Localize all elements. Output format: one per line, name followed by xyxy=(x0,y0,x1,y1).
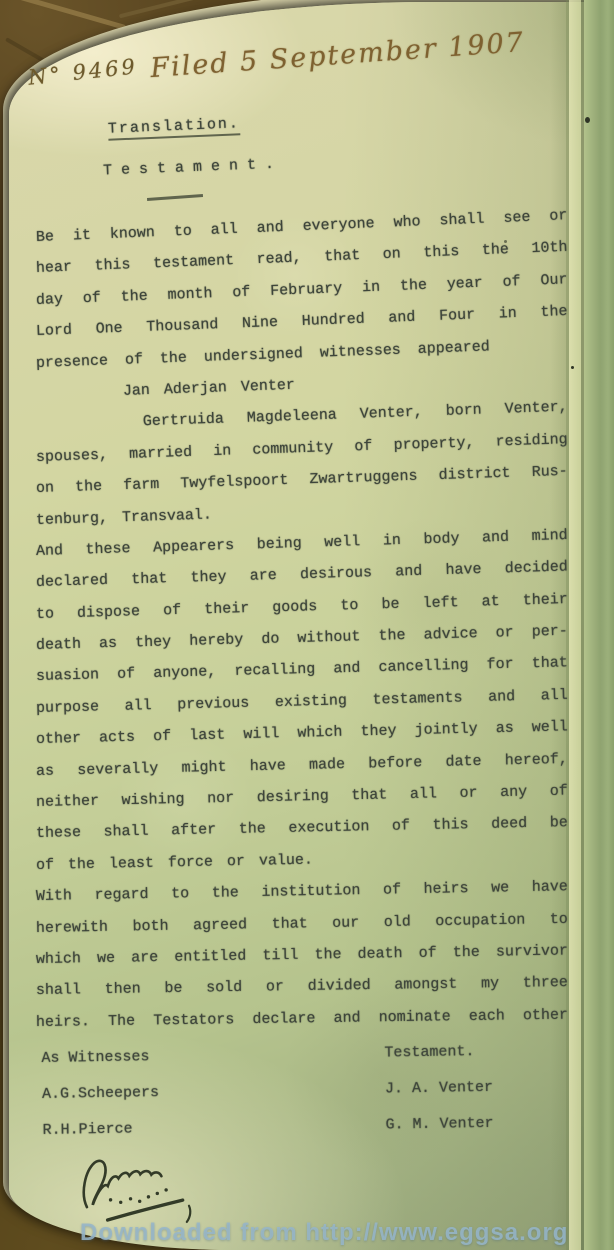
word: of xyxy=(354,438,373,456)
word: and xyxy=(388,309,416,327)
word: that xyxy=(131,571,167,589)
word: in xyxy=(498,305,517,323)
word: farm xyxy=(123,476,160,494)
word: as xyxy=(496,720,514,737)
word: date xyxy=(445,753,481,771)
word: One xyxy=(95,320,123,338)
word: being xyxy=(256,535,302,553)
word: this xyxy=(94,257,131,275)
word: of xyxy=(419,945,437,962)
word: Appearers xyxy=(153,537,234,556)
photographed-document: { "annotations": { "archive_no": "N° 946… xyxy=(0,0,614,1250)
word: Twyfelspoort xyxy=(180,472,289,492)
testator-name: J. A. Venter xyxy=(385,1078,547,1098)
word: have xyxy=(445,561,481,579)
word: this xyxy=(423,244,460,262)
word: survivor xyxy=(496,943,568,961)
testament-body: Beitknowntoallandeveryonewhoshallseeorhe… xyxy=(36,222,568,1038)
word: regard xyxy=(94,886,148,904)
ink-speck xyxy=(571,366,574,369)
word: my xyxy=(481,976,499,993)
word: testaments xyxy=(372,689,462,708)
word: heirs. xyxy=(36,1013,90,1031)
word: the xyxy=(482,242,510,260)
word: to xyxy=(550,911,568,928)
word: of xyxy=(383,882,401,899)
word: testament xyxy=(153,253,235,273)
book-edge-ridge xyxy=(569,0,581,1250)
word: acts xyxy=(99,729,135,747)
word: on xyxy=(36,480,55,498)
word: Venter, xyxy=(504,399,568,418)
word: execution xyxy=(288,819,369,838)
word: of xyxy=(163,602,181,619)
word: three xyxy=(523,975,568,993)
word: and xyxy=(488,688,515,706)
word: at xyxy=(481,593,499,610)
word: married xyxy=(129,444,193,463)
word: who xyxy=(393,213,421,231)
wood-stick xyxy=(19,0,126,30)
word: property, xyxy=(393,434,475,454)
word: deed xyxy=(491,816,527,834)
word: decided xyxy=(505,559,568,578)
word: year xyxy=(446,275,483,293)
word: which xyxy=(36,950,81,968)
word: their xyxy=(204,600,249,618)
witness-header: As Witnesses xyxy=(41,1044,384,1066)
word: our xyxy=(332,914,359,931)
word: which xyxy=(297,724,342,742)
signature-block: As Witnesses Testament. A.G.Scheepers J.… xyxy=(41,1032,548,1148)
word: old xyxy=(384,913,411,930)
word: the xyxy=(120,288,148,306)
word: of xyxy=(153,728,171,745)
word: Thousand xyxy=(146,316,219,336)
word: and xyxy=(333,660,360,678)
word: heirs xyxy=(423,880,468,898)
word: Gertruida xyxy=(143,411,225,431)
word: they xyxy=(190,569,226,587)
word: institution xyxy=(261,882,360,901)
word: wishing xyxy=(121,791,184,809)
word: nominate xyxy=(379,1008,451,1026)
word: in xyxy=(213,442,232,460)
word: Four xyxy=(439,307,476,325)
word: that xyxy=(324,248,361,266)
word: the xyxy=(400,277,428,295)
word: Hundred xyxy=(301,311,365,330)
word: and xyxy=(256,219,284,237)
word: the xyxy=(75,478,103,496)
word: or xyxy=(459,785,477,802)
word: advice xyxy=(423,625,477,643)
word: death xyxy=(357,945,402,963)
word: the xyxy=(378,627,405,645)
word: purpose xyxy=(36,698,99,717)
word: Our xyxy=(540,271,568,289)
word: and xyxy=(395,563,422,581)
word: it xyxy=(73,227,92,245)
word: they xyxy=(360,723,396,741)
watermark: Downloaded from http://www.eggsa.org xyxy=(80,1219,568,1247)
word: Testators xyxy=(153,1011,234,1029)
word: 10th xyxy=(531,239,568,257)
word: Nine xyxy=(242,314,279,332)
word: their xyxy=(523,591,568,609)
word: anyone, xyxy=(153,664,216,683)
word: jointly xyxy=(414,721,477,739)
word: last xyxy=(189,727,225,745)
book-edge-strip xyxy=(584,0,614,1250)
word: body xyxy=(423,530,460,548)
word: left xyxy=(422,594,458,612)
word: after xyxy=(171,822,216,840)
word: mind xyxy=(531,527,568,545)
word: of xyxy=(117,666,135,683)
word: have xyxy=(532,879,568,897)
word: goods xyxy=(272,598,317,616)
word: desirous xyxy=(300,565,372,584)
word: desiring xyxy=(257,788,329,807)
witness-name: A.G.Scheepers xyxy=(42,1080,385,1102)
word: spouses, xyxy=(36,447,109,466)
word: of xyxy=(550,783,568,800)
word: made xyxy=(309,756,345,774)
word: to xyxy=(340,597,358,614)
word: all xyxy=(210,221,238,239)
word: well xyxy=(324,533,361,551)
word: the xyxy=(540,303,568,321)
word: community xyxy=(252,439,334,459)
word: that xyxy=(272,915,308,933)
word: divided xyxy=(308,978,371,996)
word: before xyxy=(368,754,422,772)
word: nor xyxy=(207,790,234,808)
word: have xyxy=(250,757,286,775)
word: cancelling xyxy=(378,657,468,676)
word: might xyxy=(181,759,226,777)
word: previous xyxy=(177,695,249,714)
word: we xyxy=(491,880,509,897)
word: to xyxy=(36,605,54,622)
word: be xyxy=(164,980,182,997)
word: shall xyxy=(103,823,148,841)
word: sold xyxy=(206,979,242,997)
word: then xyxy=(105,981,141,999)
word: death xyxy=(36,636,81,654)
word: all xyxy=(541,687,568,705)
word: this xyxy=(432,817,468,835)
word: everyone xyxy=(302,215,375,235)
word: Zwartruggens xyxy=(309,468,418,488)
word: as xyxy=(99,635,117,652)
word: Magdeleena xyxy=(247,407,338,427)
word: shall xyxy=(36,982,81,1000)
testament-label: Testament. xyxy=(384,1042,546,1062)
word: of xyxy=(232,284,251,302)
word: or xyxy=(266,979,284,996)
word: are xyxy=(131,949,158,966)
word: Venter, xyxy=(359,404,423,423)
word: and xyxy=(333,1009,360,1026)
word: With xyxy=(36,888,72,906)
word: entitled xyxy=(174,948,246,966)
ink-speck xyxy=(504,240,507,243)
word: declare xyxy=(252,1010,315,1028)
word: the xyxy=(239,821,266,839)
word: see xyxy=(503,209,531,227)
word: all xyxy=(410,786,437,804)
word: the xyxy=(212,885,239,902)
word: will xyxy=(243,726,279,744)
word: occupation xyxy=(435,911,525,930)
word: known xyxy=(110,224,156,243)
word: and xyxy=(482,529,510,547)
word: And xyxy=(36,542,64,560)
word: be xyxy=(550,815,568,832)
word: each xyxy=(469,1007,505,1025)
word: these xyxy=(36,825,81,843)
word: in xyxy=(362,279,381,297)
word: The xyxy=(108,1013,135,1030)
witness-name: R.H.Pierce xyxy=(42,1116,385,1138)
word: born xyxy=(445,402,482,420)
word: amongst xyxy=(394,976,457,994)
word: the xyxy=(314,946,341,963)
word: Lord xyxy=(36,322,73,340)
word: hereof, xyxy=(505,751,568,769)
word: declared xyxy=(36,572,108,591)
word: any xyxy=(500,784,527,802)
word: till xyxy=(262,947,298,965)
word: they xyxy=(135,634,171,652)
word: suasion xyxy=(36,667,99,686)
word: other xyxy=(523,1007,568,1025)
word: for xyxy=(486,656,513,674)
word: both xyxy=(132,917,168,935)
word: are xyxy=(250,567,277,585)
word: Be xyxy=(36,228,55,246)
word: severally xyxy=(77,760,158,779)
word: shall xyxy=(439,211,485,230)
word: or xyxy=(549,207,568,225)
word: be xyxy=(381,596,399,613)
word: neither xyxy=(36,793,99,811)
word: February xyxy=(270,280,343,300)
word: well xyxy=(532,719,568,737)
word: dispose xyxy=(77,603,140,622)
word: agreed xyxy=(193,916,247,934)
word: of xyxy=(502,273,521,291)
testator-name: G. M. Venter xyxy=(385,1114,547,1134)
word: herewith xyxy=(36,919,108,937)
word: on xyxy=(382,246,401,264)
word: as xyxy=(36,762,54,779)
word: of xyxy=(392,818,410,835)
word: Rus- xyxy=(531,463,568,481)
ink-speck xyxy=(585,117,590,123)
word: the xyxy=(453,944,480,961)
word: or xyxy=(495,624,513,641)
word: hear xyxy=(36,259,73,277)
word: that xyxy=(532,655,568,673)
word: in xyxy=(383,532,402,550)
word: district xyxy=(438,465,511,484)
word: to xyxy=(171,886,189,903)
word: these xyxy=(85,540,131,558)
word: without xyxy=(297,629,360,648)
word: day xyxy=(36,291,64,309)
word: existing xyxy=(275,692,347,711)
word: month xyxy=(167,285,213,304)
word: do xyxy=(261,631,279,648)
word: per- xyxy=(532,623,568,641)
word: that xyxy=(351,787,387,805)
word: we xyxy=(97,950,115,967)
word: to xyxy=(173,223,192,241)
word: other xyxy=(36,730,81,748)
word: residing xyxy=(495,431,568,450)
word: of xyxy=(83,289,102,307)
word: all xyxy=(124,697,151,715)
word: read, xyxy=(256,250,302,269)
word: hereby xyxy=(189,632,243,650)
word: recalling xyxy=(234,661,315,680)
